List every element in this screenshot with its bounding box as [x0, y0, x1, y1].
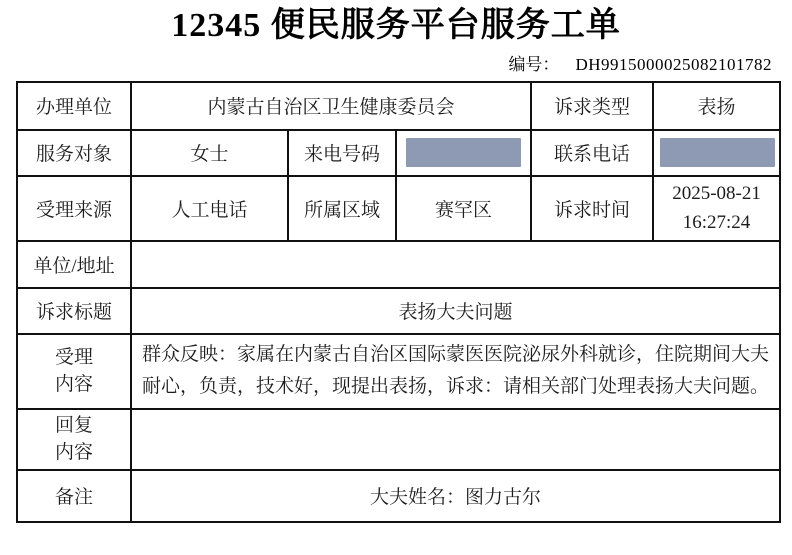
field-label-appeal-type: 诉求类型 — [531, 82, 653, 130]
table-row: 备注 大夫姓名：图力古尔 — [17, 470, 780, 522]
field-value-appeal-title: 表扬大夫问题 — [131, 288, 780, 334]
field-label-acceptance-content: 受理 内容 — [17, 334, 131, 409]
table-row: 办理单位 内蒙古自治区卫生健康委员会 诉求类型 表扬 — [17, 82, 780, 130]
field-label-handling-unit: 办理单位 — [17, 82, 131, 130]
field-value-acceptance-source: 人工电话 — [131, 176, 288, 241]
table-row: 受理来源 人工电话 所属区域 赛罕区 诉求时间 2025-08-21 16:27… — [17, 176, 780, 241]
table-row: 单位/地址 — [17, 241, 780, 288]
field-value-appeal-time: 2025-08-21 16:27:24 — [653, 176, 780, 241]
worksheet-table: 办理单位 内蒙古自治区卫生健康委员会 诉求类型 表扬 服务对象 女士 来电号码 … — [16, 81, 781, 523]
field-label-reply-content: 回复 内容 — [17, 409, 131, 470]
field-value-district: 赛罕区 — [396, 176, 531, 241]
page-title: 12345 便民服务平台服务工单 — [0, 6, 792, 47]
field-label-appeal-title: 诉求标题 — [17, 288, 131, 334]
field-label-unit-address: 单位/地址 — [17, 241, 131, 288]
field-value-service-target: 女士 — [131, 130, 288, 176]
field-label-appeal-time: 诉求时间 — [531, 176, 653, 241]
field-value-appeal-type: 表扬 — [653, 82, 780, 130]
doc-number-value: DH9915000025082101782 — [575, 55, 772, 75]
field-label-district: 所属区域 — [288, 176, 396, 241]
field-label-acceptance-source: 受理来源 — [17, 176, 131, 241]
field-value-caller-number — [396, 130, 531, 176]
redaction-block-contact-phone — [660, 138, 775, 167]
table-row: 受理 内容 群众反映：家属在内蒙古自治区国际蒙医医院泌尿外科就诊，住院期间大夫耐… — [17, 334, 780, 409]
field-label-service-target: 服务对象 — [17, 130, 131, 176]
field-value-unit-address — [131, 241, 780, 288]
field-value-reply-content — [131, 409, 780, 470]
service-worksheet-page: 12345 便民服务平台服务工单 编号： DH99150000250821017… — [0, 0, 792, 555]
table-row: 诉求标题 表扬大夫问题 — [17, 288, 780, 334]
field-label-caller-number: 来电号码 — [288, 130, 396, 176]
field-value-remarks: 大夫姓名：图力古尔 — [131, 470, 780, 522]
field-value-contact-phone — [653, 130, 780, 176]
field-value-acceptance-content: 群众反映：家属在内蒙古自治区国际蒙医医院泌尿外科就诊，住院期间大夫耐心，负责，技… — [131, 334, 780, 409]
table-row: 服务对象 女士 来电号码 联系电话 — [17, 130, 780, 176]
field-label-remarks: 备注 — [17, 470, 131, 522]
redaction-block-caller-number — [406, 138, 521, 167]
field-label-contact-phone: 联系电话 — [531, 130, 653, 176]
doc-number-line: 编号： DH9915000025082101782 — [0, 50, 792, 75]
doc-number-label: 编号： — [508, 50, 559, 75]
field-value-handling-unit: 内蒙古自治区卫生健康委员会 — [131, 82, 531, 130]
table-row: 回复 内容 — [17, 409, 780, 470]
